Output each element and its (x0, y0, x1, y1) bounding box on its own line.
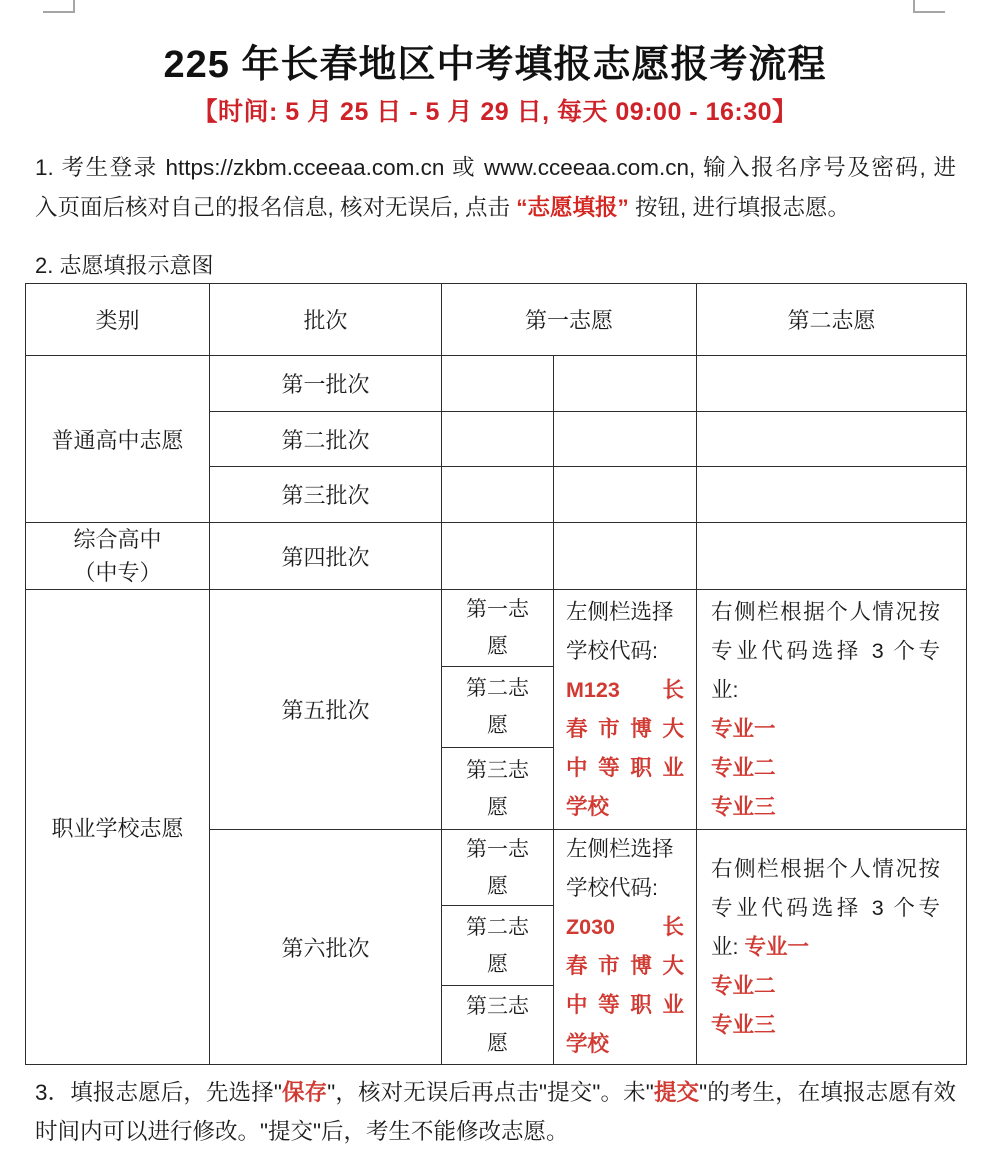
major-instruction-line: 专业代码选择 3 个专 (711, 632, 940, 671)
table-header-row: 类别 批次 第一志愿 第二志愿 (26, 284, 967, 356)
batch-4-cell: 第四批次 (210, 523, 442, 590)
step3-line1: 3．填报志愿后，先选择"保存"，核对无误后再点击"提交"。未"提交"的考生，在填… (35, 1073, 956, 1112)
batch6-school-code-cell: 左侧栏选择 学校代码: Z030 长 春市博大 中等职业 学校 (554, 830, 697, 1065)
school-instruction-line: 学校代码: (566, 632, 684, 671)
batch-2-cell: 第二批次 (210, 412, 442, 467)
col-header-batch: 批次 (210, 284, 442, 356)
step2-heading: 2. 志愿填报示意图 (35, 246, 956, 286)
empty-cell (697, 356, 967, 412)
page-corner-mark-left (43, 0, 75, 13)
school-name-line: 春市博大 (566, 947, 684, 986)
batch5-subchoice-2: 第二志 愿 (442, 667, 554, 748)
step3-highlight-submit: 提交 (654, 1080, 699, 1105)
school-instruction-line: 左侧栏选择 (566, 830, 684, 869)
major-option-3: 专业三 (711, 1006, 940, 1045)
page-corner-mark-right (913, 0, 945, 13)
col-header-second-choice: 第二志愿 (697, 284, 967, 356)
school-instruction-line: 左侧栏选择 (566, 593, 684, 632)
empty-cell (554, 523, 697, 590)
step1-line2-tail: 按钮, 进行填报志愿。 (629, 195, 850, 220)
empty-cell (442, 356, 554, 412)
school-name-line: 中等职业 (566, 986, 684, 1025)
major-option-1: 专业一 (711, 710, 940, 749)
major-option-2: 专业二 (711, 749, 940, 788)
school-name-line: 中等职业 (566, 749, 684, 788)
school-instruction-line: 学校代码: (566, 869, 684, 908)
table-row-batch1: 普通高中志愿 第一批次 (26, 356, 967, 412)
empty-cell (697, 412, 967, 467)
major-instruction-line: 右侧栏根据个人情况按 (711, 593, 940, 632)
step1-line2-text: 入页面后核对自己的报名信息, 核对无误后, 点击 (35, 195, 516, 220)
batch5-school-code-cell: 左侧栏选择 学校代码: M123 长 春市博大 中等职业 学校 (554, 590, 697, 830)
major-option-3: 专业三 (711, 788, 940, 827)
major-mixed-line: 业: 专业一 (711, 928, 940, 967)
school-name-line: 学校 (566, 1025, 684, 1064)
batch6-subchoice-3: 第三志 愿 (442, 986, 554, 1065)
table-row-batch4: 综合高中 （中专） 第四批次 (26, 523, 967, 590)
step3-line2: 时间内可以进行修改。"提交"后，考生不能修改志愿。 (35, 1112, 956, 1151)
page-title: 225 年长春地区中考填报志愿报考流程 (0, 33, 990, 88)
empty-cell (554, 356, 697, 412)
time-banner: 【时间: 5 月 25 日 - 5 月 29 日, 每天 09:00 - 16:… (0, 92, 990, 128)
batch6-subchoice-2: 第二志 愿 (442, 906, 554, 986)
batch5-subchoice-3: 第三志 愿 (442, 748, 554, 830)
document-page: 225 年长春地区中考填报志愿报考流程 【时间: 5 月 25 日 - 5 月 … (0, 0, 990, 1163)
empty-cell (554, 467, 697, 523)
major-instruction-line: 右侧栏根据个人情况按 (711, 850, 940, 889)
step1-line2: 入页面后核对自己的报名信息, 核对无误后, 点击 “志愿填报” 按钮, 进行填报… (35, 188, 956, 228)
major-instruction-line: 业: (711, 671, 940, 710)
category-comprehensive: 综合高中 （中专） (26, 523, 210, 590)
batch-6-cell: 第六批次 (210, 830, 442, 1065)
category-regular-high: 普通高中志愿 (26, 356, 210, 523)
step1-line1: 1. 考生登录 https://zkbm.cceeaa.com.cn 或 www… (35, 148, 956, 188)
step3-highlight-save: 保存 (282, 1080, 327, 1105)
empty-cell (442, 523, 554, 590)
batch-1-cell: 第一批次 (210, 356, 442, 412)
empty-cell (697, 523, 967, 590)
major-option-2: 专业二 (711, 967, 940, 1006)
col-header-category: 类别 (26, 284, 210, 356)
school-name-line: 春市博大 (566, 710, 684, 749)
major-option-1: 专业一 (744, 935, 809, 959)
batch-3-cell: 第三批次 (210, 467, 442, 523)
batch6-major-cell: 右侧栏根据个人情况按 专业代码选择 3 个专 业: 专业一 专业二 专业三 (697, 830, 967, 1065)
empty-cell (554, 412, 697, 467)
step1-highlight-volunteer-fill: “志愿填报” (516, 195, 629, 220)
school-name-line: 学校 (566, 788, 684, 827)
empty-cell (442, 467, 554, 523)
school-code-z030: Z030 长 (566, 908, 684, 947)
batch5-subchoice-1: 第一志 愿 (442, 590, 554, 667)
school-code-m123: M123 长 (566, 671, 684, 710)
batch6-subchoice-1: 第一志 愿 (442, 830, 554, 906)
empty-cell (442, 412, 554, 467)
volunteer-schematic-table: 类别 批次 第一志愿 第二志愿 普通高中志愿 第一批次 第二批次 第三批次 综合… (25, 283, 967, 1065)
major-instruction-line: 专业代码选择 3 个专 (711, 889, 940, 928)
category-vocational: 职业学校志愿 (26, 590, 210, 1065)
batch5-major-cell: 右侧栏根据个人情况按 专业代码选择 3 个专 业: 专业一 专业二 专业三 (697, 590, 967, 830)
step3-text: 3．填报志愿后，先选择" (35, 1080, 282, 1105)
empty-cell (697, 467, 967, 523)
step3-paragraph: 3．填报志愿后，先选择"保存"，核对无误后再点击"提交"。未"提交"的考生，在填… (35, 1073, 956, 1151)
step3-text: "的考生，在填报志愿有效 (699, 1080, 956, 1105)
batch-5-cell: 第五批次 (210, 590, 442, 830)
table-row-batch5-choice1: 职业学校志愿 第五批次 第一志 愿 左侧栏选择 学校代码: M123 长 春市博… (26, 590, 967, 667)
col-header-first-choice: 第一志愿 (442, 284, 697, 356)
step1-paragraph: 1. 考生登录 https://zkbm.cceeaa.com.cn 或 www… (35, 148, 956, 228)
step3-text: "，核对无误后再点击"提交"。未" (327, 1080, 653, 1105)
major-instruction-tail: 业: (711, 935, 744, 959)
